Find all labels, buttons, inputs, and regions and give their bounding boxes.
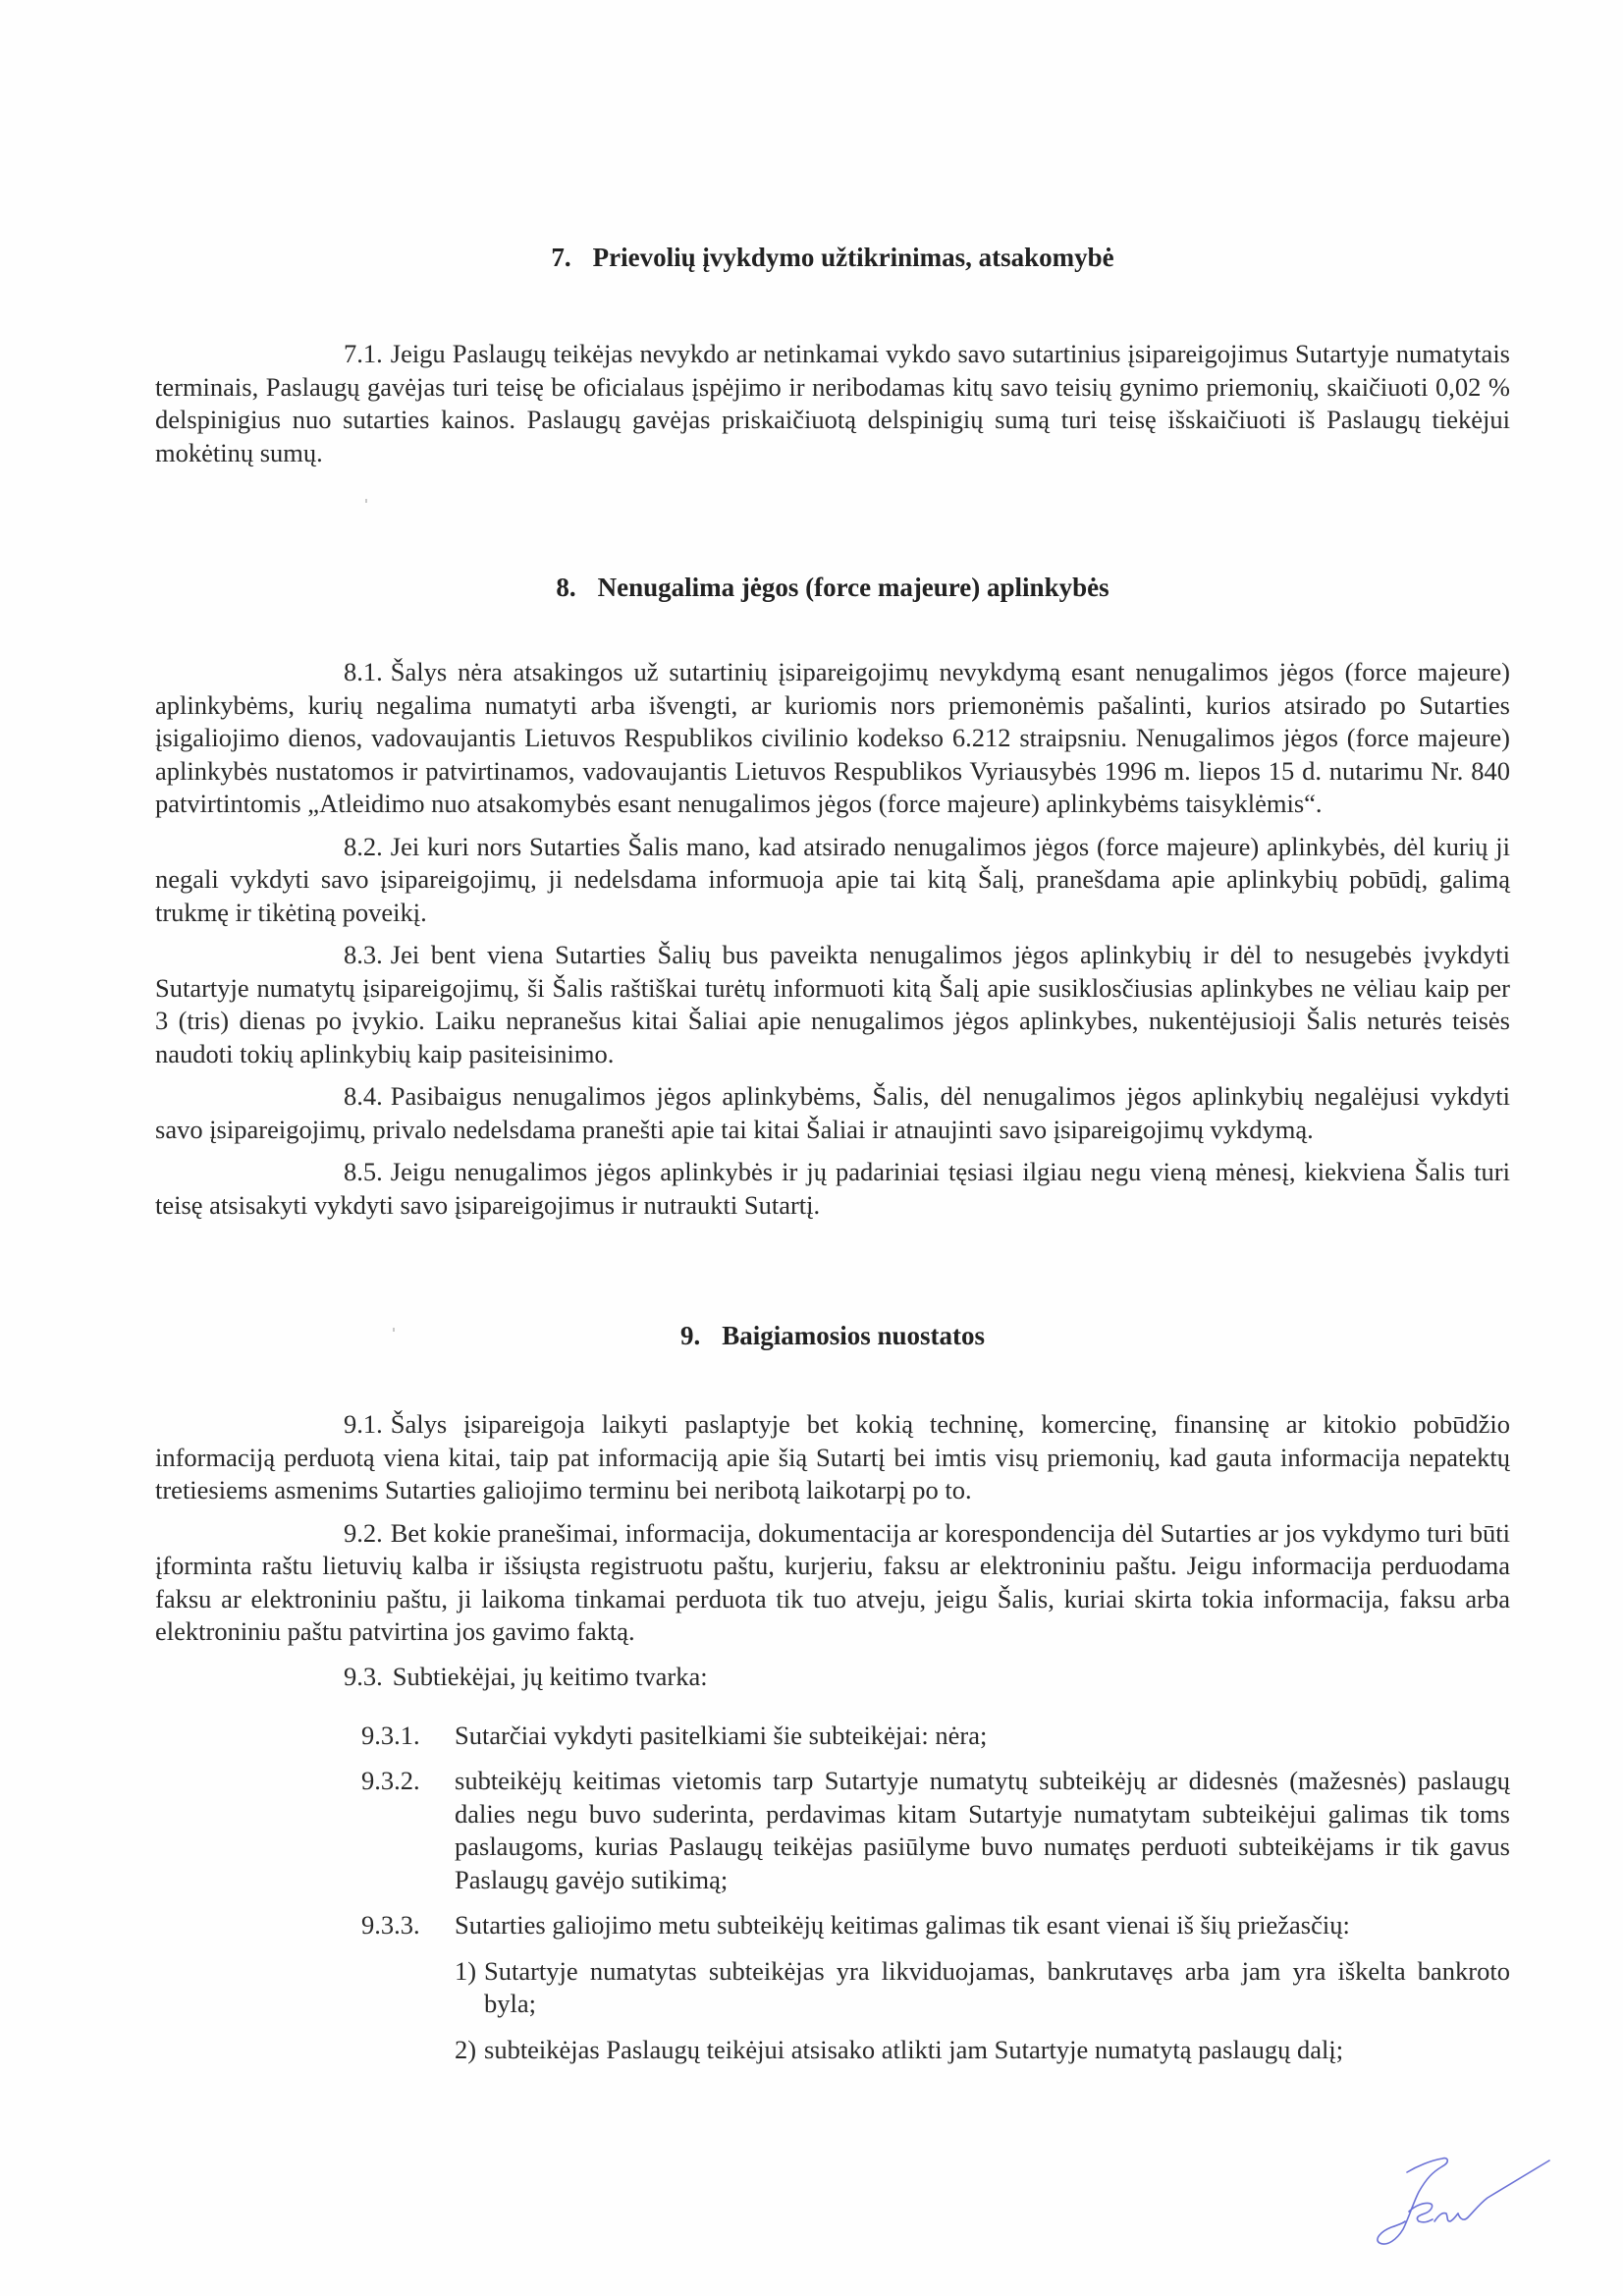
paragraph-number: 8.1. — [344, 657, 383, 686]
subitem-9-3-3: 9.3.3. Sutarties galiojimo metu subteikė… — [155, 1909, 1510, 1942]
paragraph-number: 9.2. — [344, 1518, 383, 1548]
subitem-text: Sutarčiai vykdyti pasitelkiami šie subte… — [455, 1721, 987, 1750]
paragraph-number: 7.1. — [344, 339, 383, 368]
subitem-number: 9.3.3. — [361, 1909, 420, 1942]
paragraph-9-3: 9.3.Subtiekėjai, jų keitimo tvarka: — [155, 1661, 1510, 1694]
paragraph-8-5: 8.5.Jeigu nenugalimos jėgos aplinkybės i… — [155, 1156, 1510, 1222]
section-title: Baigiamosios nuostatos — [722, 1321, 985, 1350]
paragraph-8-3: 8.3.Jei bent viena Sutarties Šalių bus p… — [155, 939, 1510, 1070]
section-number: 7. — [551, 238, 570, 277]
paragraph-9-2: 9.2.Bet kokie pranešimai, informacija, d… — [155, 1517, 1510, 1649]
subitem-number: 9.3.2. — [361, 1765, 420, 1798]
section-heading-7: 7.Prievolių įvykdymo užtikrinimas, atsak… — [155, 238, 1510, 277]
paragraph-number: 9.3. — [344, 1662, 383, 1691]
paragraph-number: 8.2. — [344, 832, 383, 861]
paragraph-7-1: 7.1.Jeigu Paslaugų teikėjas nevykdo ar n… — [155, 338, 1510, 469]
subitem-text: subteikėjų keitimas vietomis tarp Sutart… — [455, 1766, 1510, 1894]
paragraph-8-4: 8.4.Pasibaigus nenugalimos jėgos aplinky… — [155, 1080, 1510, 1146]
section-number: 9. — [680, 1316, 700, 1355]
paragraph-8-2: 8.2.Jei kuri nors Sutarties Šalis mano, … — [155, 831, 1510, 930]
section-heading-9: 9.Baigiamosios nuostatos — [155, 1316, 1510, 1355]
signature — [1370, 2141, 1566, 2259]
paragraph-number: 9.1. — [344, 1409, 383, 1439]
section-number: 8. — [556, 568, 575, 607]
section-heading-8: 8.Nenugalima jėgos (force majeure) aplin… — [155, 568, 1510, 607]
enum-text: Sutartyje numatytas subteikėjas yra likv… — [484, 1956, 1510, 2019]
document-body: 7.Prievolių įvykdymo užtikrinimas, atsak… — [155, 232, 1510, 2066]
paragraph-number: 8.5. — [344, 1157, 383, 1186]
enum-item-1: 1) Sutartyje numatytas subteikėjas yra l… — [155, 1955, 1510, 2021]
subitem-text: Sutarties galiojimo metu subteikėjų keit… — [455, 1910, 1350, 1940]
subitem-number: 9.3.1. — [361, 1720, 420, 1753]
enum-number: 1) — [455, 1955, 476, 1989]
paragraph-8-1: 8.1.Šalys nėra atsakingos už sutartinių … — [155, 656, 1510, 821]
section-title: Nenugalima jėgos (force majeure) aplinky… — [598, 573, 1109, 602]
section-title: Prievolių įvykdymo užtikrinimas, atsakom… — [593, 243, 1114, 272]
subitem-9-3-1: 9.3.1. Sutarčiai vykdyti pasitelkiami ši… — [155, 1720, 1510, 1753]
paragraph-9-1: 9.1.Šalys įsipareigoja laikyti paslaptyj… — [155, 1408, 1510, 1507]
paragraph-number: 8.3. — [344, 940, 383, 969]
enum-number: 2) — [455, 2034, 476, 2067]
paragraph-text: Subtiekėjai, jų keitimo tvarka: — [393, 1662, 708, 1691]
enum-text: subteikėjas Paslaugų teikėjui atsisako a… — [484, 2035, 1343, 2064]
document-page: 7.Prievolių įvykdymo užtikrinimas, atsak… — [0, 0, 1623, 2296]
paragraph-number: 8.4. — [344, 1081, 383, 1111]
signature-icon — [1370, 2141, 1566, 2259]
subitem-9-3-2: 9.3.2. subteikėjų keitimas vietomis tarp… — [155, 1765, 1510, 1896]
enum-item-2: 2) subteikėjas Paslaugų teikėjui atsisak… — [155, 2034, 1510, 2067]
